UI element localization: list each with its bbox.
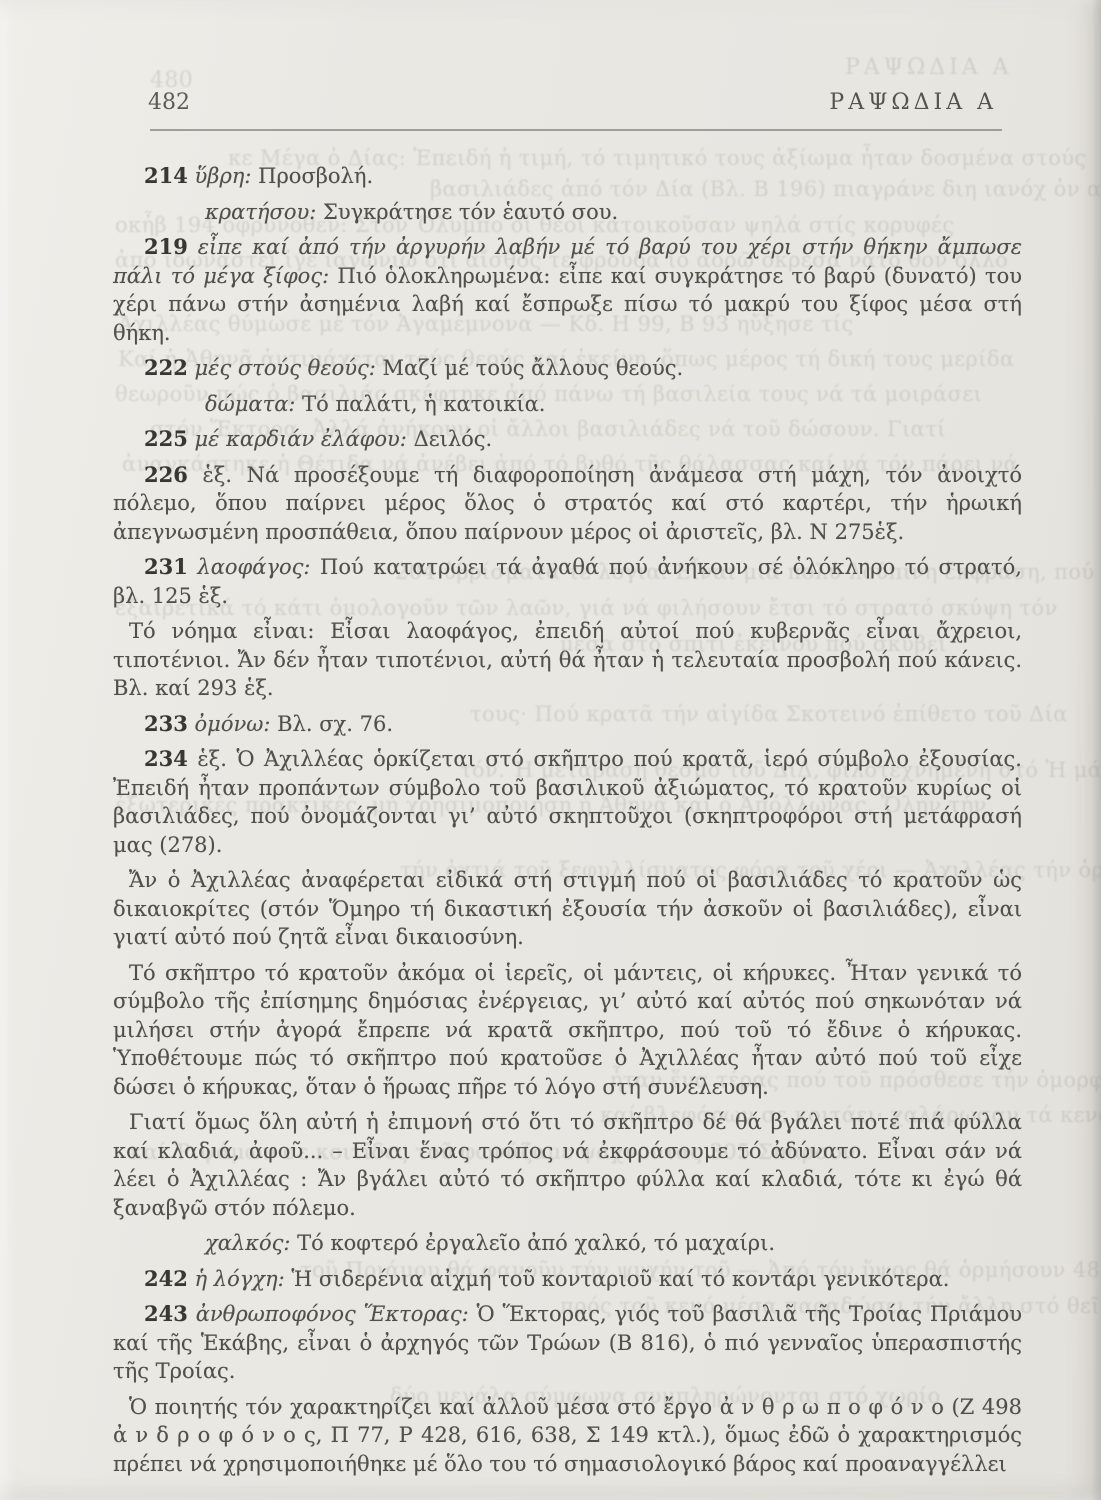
- commentary-entry-222: 222 μές στούς θεούς: Μαζί μέ τούς ἄλλους…: [113, 354, 1022, 383]
- entry-text: Συγκράτησε τόν ἑαυτό σου.: [323, 200, 618, 224]
- entry-number: 226: [144, 462, 188, 487]
- header-rule: [150, 129, 1002, 131]
- entry-lemma: δώματα:: [205, 392, 295, 416]
- entry-lemma: ἡ λόγχη:: [195, 1267, 285, 1291]
- commentary-paragraph: Γιατί ὅμως ὅλη αὐτή ἡ ἐπιμονή στό ὅτι τό…: [113, 1108, 1022, 1222]
- entry-number: 243: [144, 1301, 188, 1326]
- commentary-paragraph: χαλκός: Τό κοφτερό ἐργαλεῖο ἀπό χαλκό, τ…: [113, 1229, 1022, 1258]
- entry-number: 222: [144, 355, 188, 380]
- commentary-entry-214: 214 ὕβρη: Προσβολή.: [113, 162, 1022, 191]
- commentary-entry-219: 219 εἶπε καί ἀπό τήν ἀργυρήν λαβήν μέ τό…: [113, 233, 1022, 347]
- commentary-entry-242: 242 ἡ λόγχη: Ἡ σιδερένια αἰχμή τοῦ κοντα…: [113, 1265, 1022, 1294]
- entry-number: 219: [144, 234, 188, 259]
- commentary-entry-233: 233 ὀμόνω: Βλ. σχ. 76.: [113, 710, 1022, 739]
- entry-number: 242: [144, 1266, 188, 1291]
- entry-text: Προσβολή.: [258, 164, 373, 188]
- commentary-entry-226: 226 ἑξ. Νά προσέξουμε τή διαφοροποίηση ἀ…: [113, 461, 1022, 547]
- entry-text: Ὁ Ἀχιλλέας ὁρκίζεται στό σκῆπτρο πού κρα…: [113, 747, 1022, 857]
- book-page: ΡΑΨΩΔΙΑ Α480κε Μέγα ὁ Δίας: Ἐπειδή ἡ τιμ…: [0, 0, 1101, 1500]
- entry-number: 233: [144, 711, 188, 736]
- entry-lemma: μέ καρδιάν ἐλάφου:: [195, 427, 407, 451]
- commentary-entry-231: 231 λαοφάγος: Πού κατατρώει τά ἀγαθά πού…: [113, 553, 1022, 610]
- entry-text: Ὁ ποιητής τόν χαρακτηρίζει καί ἀλλοῦ μέσ…: [113, 1395, 1022, 1476]
- commentary-entry-243: 243 ἀνθρωποφόνος Ἕκτορας: Ὁ Ἕκτορας, γιό…: [113, 1300, 1022, 1386]
- entry-lemma: ὀμόνω:: [195, 712, 271, 736]
- entry-text: Βλ. σχ. 76.: [277, 712, 393, 736]
- entry-text: Μαζί μέ τούς ἄλλους θεούς.: [383, 356, 684, 380]
- entry-text: Δειλός.: [414, 427, 493, 451]
- commentary-paragraph: κρατήσου: Συγκράτησε τόν ἑαυτό σου.: [113, 198, 1022, 227]
- entry-text: Ἄν ὁ Ἀχιλλέας ἀναφέρεται εἰδικά στή στιγ…: [113, 868, 1022, 949]
- entry-lemma: ἀνθρωποφόνος Ἕκτορας:: [196, 1302, 469, 1326]
- entry-number-suffix: ἑξ.: [203, 463, 233, 487]
- entry-number: 225: [144, 426, 188, 451]
- entry-number: 214: [144, 163, 188, 188]
- commentary-paragraph: Ὁ ποιητής τόν χαρακτηρίζει καί ἀλλοῦ μέσ…: [113, 1393, 1022, 1479]
- entry-text: Τό νόημα εἶναι: Εἶσαι λαοφάγος, ἐπειδή α…: [113, 619, 1022, 700]
- text-block: 214 ὕβρη: Προσβολή.κρατήσου: Συγκράτησε …: [113, 162, 1022, 1478]
- entry-text: Τό κοφτερό ἐργαλεῖο ἀπό χαλκό, τό μαχαίρ…: [297, 1231, 775, 1255]
- commentary-paragraph: Τό νόημα εἶναι: Εἶσαι λαοφάγος, ἐπειδή α…: [113, 617, 1022, 703]
- entry-lemma: κρατήσου:: [205, 200, 316, 224]
- entry-lemma: λαοφάγος:: [197, 555, 310, 579]
- page-number: 482: [148, 90, 190, 115]
- commentary-paragraph: Ἄν ὁ Ἀχιλλέας ἀναφέρεται εἰδικά στή στιγ…: [113, 866, 1022, 952]
- commentary-entry-234: 234 ἑξ. Ὁ Ἀχιλλέας ὁρκίζεται στό σκῆπτρο…: [113, 745, 1022, 859]
- entry-text: Ἡ σιδερένια αἰχμή τοῦ κονταριοῦ καί τό κ…: [291, 1267, 949, 1291]
- entry-text: Νά προσέξουμε τή διαφοροποίηση ἀνάμεσα σ…: [113, 463, 1022, 544]
- entry-lemma: χαλκός:: [205, 1231, 290, 1255]
- commentary-entry-225: 225 μέ καρδιάν ἐλάφου: Δειλός.: [113, 425, 1022, 454]
- entry-lemma: ὕβρη:: [195, 164, 252, 188]
- entry-lemma: μές στούς θεούς:: [195, 356, 376, 380]
- bleed-through-text: ΡΑΨΩΔΙΑ Α: [845, 55, 1013, 80]
- entry-text: Τό σκῆπτρο τό κρατοῦν ἀκόμα οἱ ἱερεῖς, ο…: [113, 961, 1022, 1099]
- commentary-paragraph: δώματα: Τό παλάτι, ἡ κατοικία.: [113, 390, 1022, 419]
- entry-text: Γιατί ὅμως ὅλη αὐτή ἡ ἐπιμονή στό ὅτι τό…: [113, 1110, 1022, 1220]
- entry-number: 231: [144, 554, 188, 579]
- entry-number-suffix: ἑξ.: [197, 747, 227, 771]
- commentary-paragraph: Τό σκῆπτρο τό κρατοῦν ἀκόμα οἱ ἱερεῖς, ο…: [113, 959, 1022, 1102]
- entry-text: Τό παλάτι, ἡ κατοικία.: [302, 392, 545, 416]
- running-title: ΡΑΨΩΔΙΑ Α: [829, 90, 997, 115]
- entry-number: 234: [144, 746, 188, 771]
